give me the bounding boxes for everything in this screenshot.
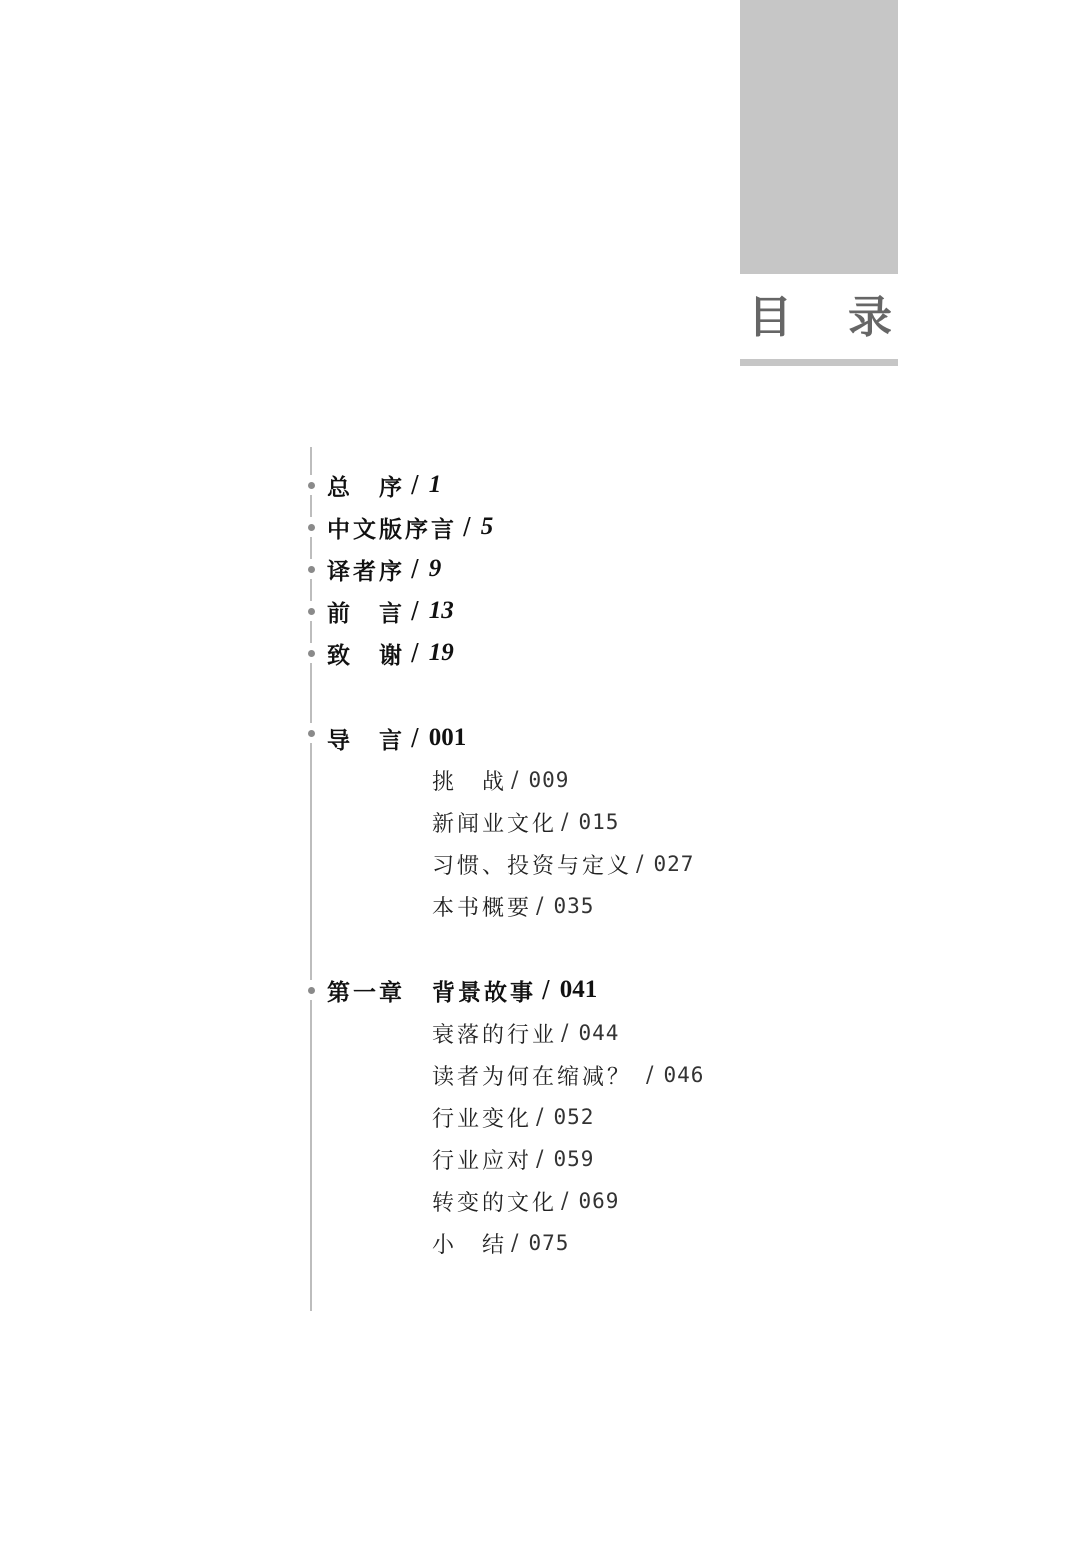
toc-entry-foreword[interactable]: 前 言/13 [327,596,454,626]
separator: / [561,810,568,835]
bullet-icon [304,559,318,579]
title-char-2: 录 [848,296,892,340]
page-number: 046 [663,1063,704,1087]
entry-label: 行业应对 [432,1144,532,1175]
page-number: 052 [553,1105,594,1129]
toc-entry-chapter-1[interactable]: 第一章背景故事/041 [327,975,597,1005]
page-number: 059 [553,1147,594,1171]
separator: / [411,640,419,666]
bullet-icon [304,475,318,495]
toc-entry-general-preface[interactable]: 总 序/1 [327,470,441,500]
decorative-gray-block [740,0,898,274]
toc-subentry[interactable]: 衰落的行业/044 [432,1018,619,1048]
separator: / [536,1105,543,1130]
entry-label: 新闻业文化 [432,807,557,838]
bullet-icon [304,517,318,537]
separator: / [511,768,518,793]
separator: / [636,852,643,877]
entry-label: 小 结 [432,1228,507,1259]
toc-subentry[interactable]: 行业应对/059 [432,1144,594,1174]
toc-entry-acknowledgements[interactable]: 致 谢/19 [327,638,454,668]
chapter-number: 第一章 [327,974,432,1007]
entry-label: 背景故事 [432,974,536,1007]
entry-label: 译者序 [327,553,405,586]
separator: / [411,598,419,624]
page-number: 035 [553,894,594,918]
page-number: 1 [429,471,442,499]
separator: / [646,1063,653,1088]
page-number: 044 [578,1021,619,1045]
toc-entry-chinese-edition-preface[interactable]: 中文版序言/5 [327,512,493,542]
page-number: 015 [578,810,619,834]
separator: / [411,472,419,498]
entry-label: 总 序 [327,469,405,502]
toc-subentry[interactable]: 挑 战/009 [432,765,569,795]
toc-subentry[interactable]: 本书概要/035 [432,891,594,921]
toc-subentry[interactable]: 行业变化/052 [432,1102,594,1132]
entry-label: 本书概要 [432,891,532,922]
toc-subentry[interactable]: 读者为何在缩减？/046 [432,1060,704,1090]
toc-subentry[interactable]: 新闻业文化/015 [432,807,619,837]
page-number: 19 [429,639,454,667]
separator: / [536,1147,543,1172]
title-underline-bar [740,359,898,366]
entry-label: 习惯、投资与定义 [432,849,632,880]
entry-label: 行业变化 [432,1102,532,1133]
separator: / [542,977,550,1003]
page-number: 9 [429,555,442,583]
separator: / [411,725,419,751]
bullet-icon [304,643,318,663]
page-number: 041 [560,976,598,1004]
bullet-icon [304,601,318,621]
toc-entry-introduction[interactable]: 导 言/001 [327,723,466,753]
separator: / [561,1189,568,1214]
page-number: 13 [429,597,454,625]
separator: / [511,1231,518,1256]
toc-subentry[interactable]: 小 结/075 [432,1228,569,1258]
separator: / [463,514,471,540]
separator: / [411,556,419,582]
entry-label: 挑 战 [432,765,507,796]
page-number: 5 [481,513,494,541]
entry-label: 致 谢 [327,637,405,670]
page-number: 027 [653,852,694,876]
entry-label: 衰落的行业 [432,1018,557,1049]
page-number: 075 [528,1231,569,1255]
page-title: 目 录 [740,288,898,348]
page-number: 009 [528,768,569,792]
toc-subentry[interactable]: 习惯、投资与定义/027 [432,849,694,879]
toc-entry-translator-preface[interactable]: 译者序/9 [327,554,441,584]
entry-label: 前 言 [327,595,405,628]
entry-label: 导 言 [327,722,405,755]
bullet-icon [304,980,318,1000]
toc-subentry[interactable]: 转变的文化/069 [432,1186,619,1216]
page-number: 069 [578,1189,619,1213]
entry-label: 转变的文化 [432,1186,557,1217]
entry-label: 读者为何在缩减？ [432,1060,632,1091]
separator: / [536,894,543,919]
separator: / [561,1021,568,1046]
entry-label: 中文版序言 [327,511,457,544]
bullet-icon [304,723,318,743]
title-char-1: 目 [748,296,792,340]
page-number: 001 [429,724,467,752]
